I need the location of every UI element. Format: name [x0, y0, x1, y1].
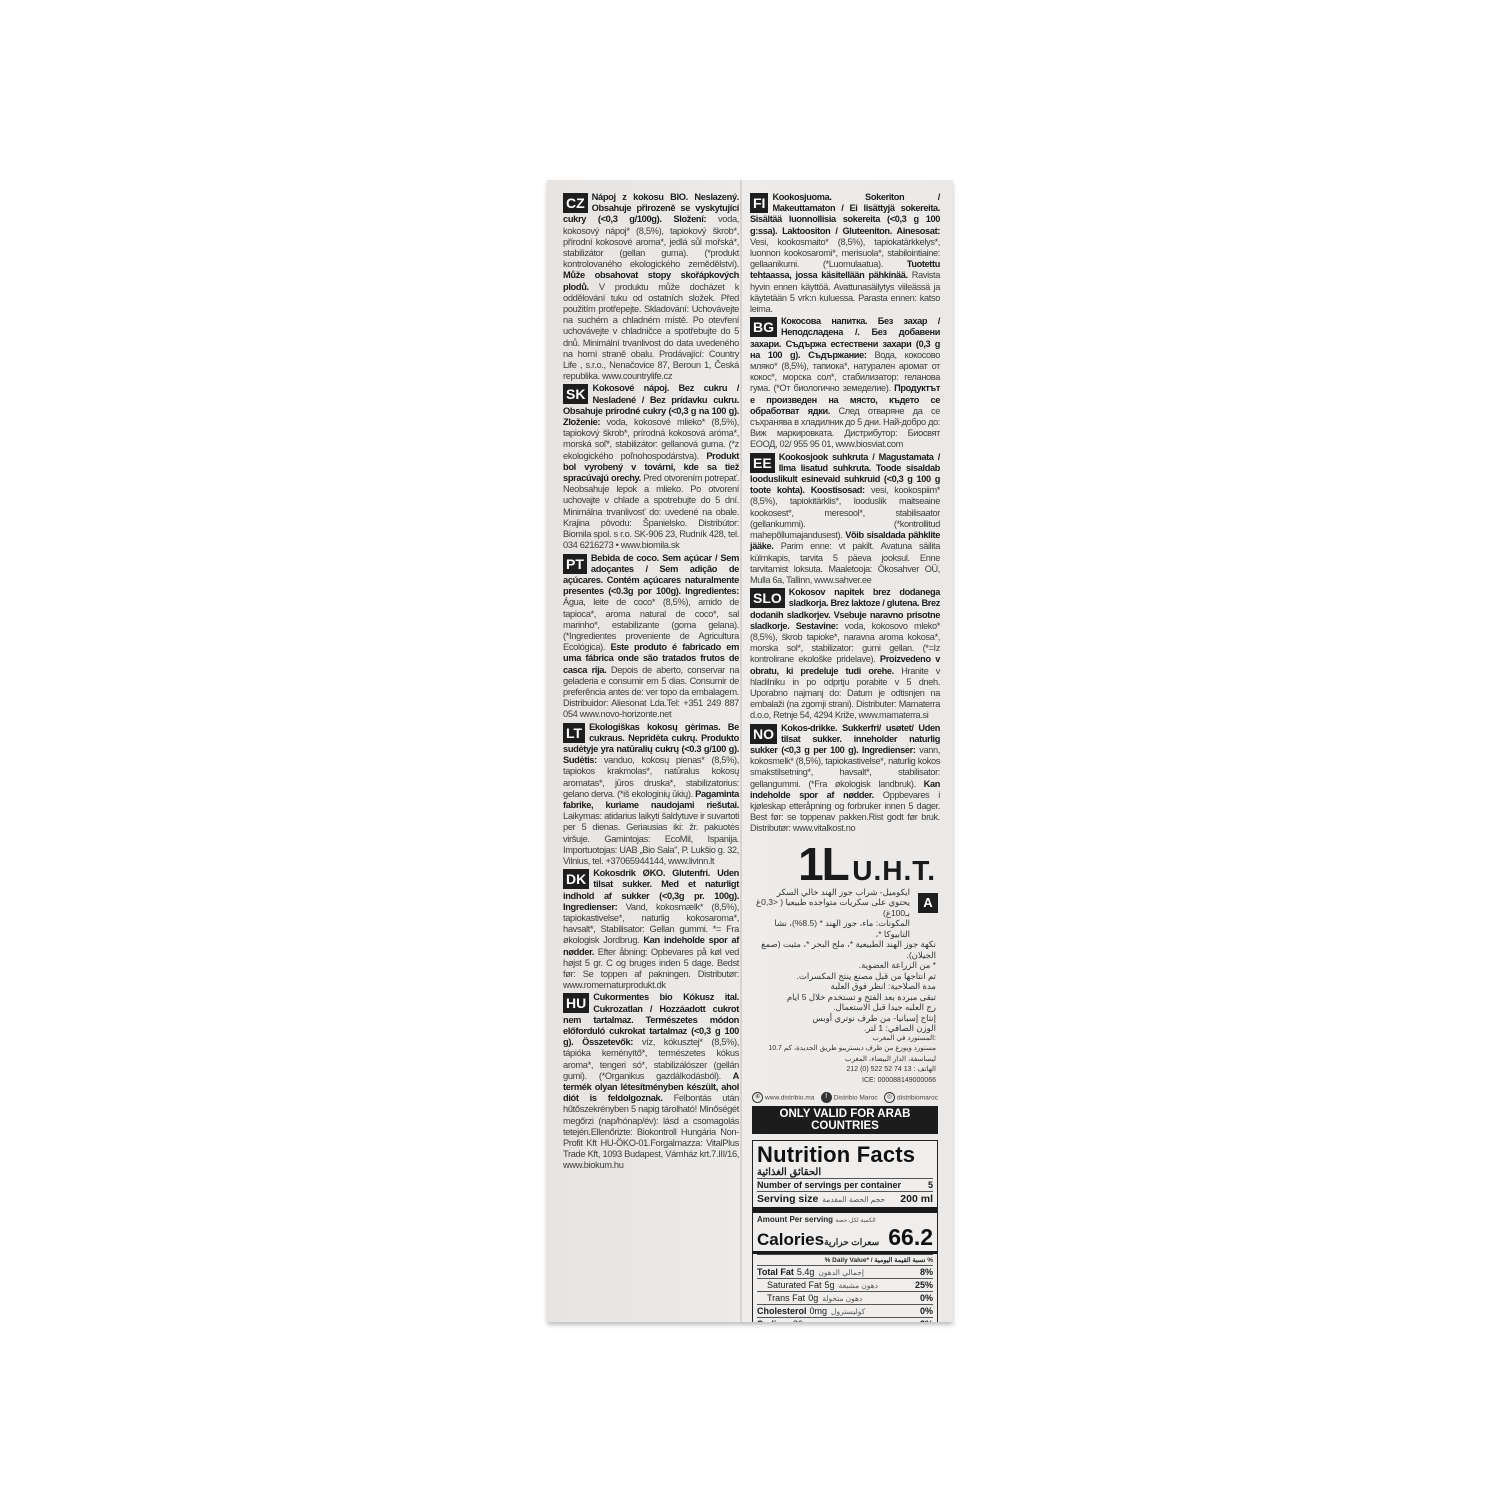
lang-code-badge-arabic: A	[918, 893, 938, 913]
left-column: CZNápoj z kokosu BIO. Neslazený. Obsahuj…	[563, 192, 739, 1173]
servings-row: Number of servings per container5	[757, 1178, 933, 1191]
nutrient-rows: Total Fat5.4gإجمالي الدهون8%Saturated Fa…	[757, 1265, 933, 1322]
instagram-link[interactable]: ◎distribiomaroc	[884, 1092, 938, 1103]
section-slo: SLOKokosov napitek brez dodanega sladkor…	[750, 587, 940, 721]
lang-code-badge: PT	[563, 554, 587, 574]
arab-countries-banner: ONLY VALID FOR ARAB COUNTRIES	[752, 1106, 938, 1134]
nutrient-row: Trans Fat0gدهون متحولة0%	[757, 1291, 933, 1304]
lang-code-badge: BG	[750, 317, 777, 337]
lang-code-badge: DK	[563, 869, 589, 889]
section-bg: BGКокосова напитка. Без захар / Неподсла…	[750, 316, 940, 450]
section-no: NOKokos-drikke. Sukkerfri/ usøtet/ Uden …	[750, 723, 940, 835]
facebook-icon: f	[821, 1092, 832, 1103]
section-ee: EEKookosjook suhkruta / Magustamata / Il…	[750, 452, 940, 586]
right-panel: FIKookosjuoma. Sokeriton / Makeuttamaton…	[742, 180, 953, 1322]
left-panel: CZNápoj z kokosu BIO. Neslazený. Obsahuj…	[547, 180, 741, 1322]
lang-code-badge: SK	[563, 384, 588, 404]
lang-code-badge: LT	[563, 723, 585, 743]
nutrient-row: Total Fat5.4gإجمالي الدهون8%	[757, 1265, 933, 1278]
volume-text: 1L	[798, 838, 848, 890]
nutrition-facts-panel: Nutrition Facts الحقائق الغذائية Number …	[752, 1140, 938, 1322]
lang-code-badge: FI	[750, 193, 768, 213]
instagram-icon: ◎	[884, 1092, 895, 1103]
amount-per-serving: Amount Per serving الكمية لكل حصة	[757, 1213, 933, 1224]
calories-row: Caloriesسعرات حرارية66.2	[757, 1224, 933, 1251]
serving-size-row: Serving sizeحجم الحصة المقدمة200 ml	[757, 1191, 933, 1206]
globe-icon: ⊕	[752, 1092, 763, 1103]
daily-value-header: % Daily Value* / نسبة القيمة اليومية %	[757, 1254, 933, 1265]
social-links: ⊕www.distribio.ma fDistribio Maroc ◎dist…	[752, 1092, 938, 1103]
calories-value: 66.2	[888, 1224, 933, 1251]
nutrition-title: Nutrition Facts	[757, 1143, 933, 1167]
section-pt: PTBebida de coco. Sem açúcar / Sem adoça…	[563, 553, 739, 721]
lang-code-badge: CZ	[563, 193, 588, 213]
section-sk: SKKokosové nápoj. Bez cukru / Nesladené …	[563, 383, 739, 551]
volume-uht-label: 1L U.H.T.	[750, 837, 936, 891]
lang-code-badge: HU	[563, 993, 589, 1013]
right-column: FIKookosjuoma. Sokeriton / Makeuttamaton…	[750, 192, 940, 1322]
website-link[interactable]: ⊕www.distribio.ma	[752, 1092, 814, 1103]
nutrient-row: Cholesterol0mgكوليسترول0%	[757, 1304, 933, 1317]
nutrient-row: Saturated Fat5gدهون مشبعة25%	[757, 1278, 933, 1291]
product-carton: CZNápoj z kokosu BIO. Neslazený. Obsahuj…	[547, 180, 953, 1322]
lang-code-badge: EE	[750, 453, 775, 473]
arabic-label: A ايكوميل- شراب جوز الهند خالي السكر يحت…	[750, 887, 940, 1087]
uht-text: U.H.T.	[852, 855, 936, 886]
section-dk: DKKokosdrik ØKO. Glutenfri. Uden tilsat …	[563, 868, 739, 991]
section-hu: HUCukormentes bio Kókusz ital. Cukrozatl…	[563, 992, 739, 1171]
nutrition-title-arabic: الحقائق الغذائية	[757, 1167, 933, 1178]
nutrient-row: Sodium80mgصوديوم3%	[757, 1317, 933, 1322]
section-cz: CZNápoj z kokosu BIO. Neslazený. Obsahuj…	[563, 192, 739, 382]
section-fi: FIKookosjuoma. Sokeriton / Makeuttamaton…	[750, 192, 940, 315]
lang-code-badge: NO	[750, 724, 777, 744]
lang-code-badge: SLO	[750, 588, 785, 608]
section-lt: LTEkologiškas kokosų gėrimas. Be cukraus…	[563, 722, 739, 868]
facebook-link[interactable]: fDistribio Maroc	[821, 1092, 878, 1103]
